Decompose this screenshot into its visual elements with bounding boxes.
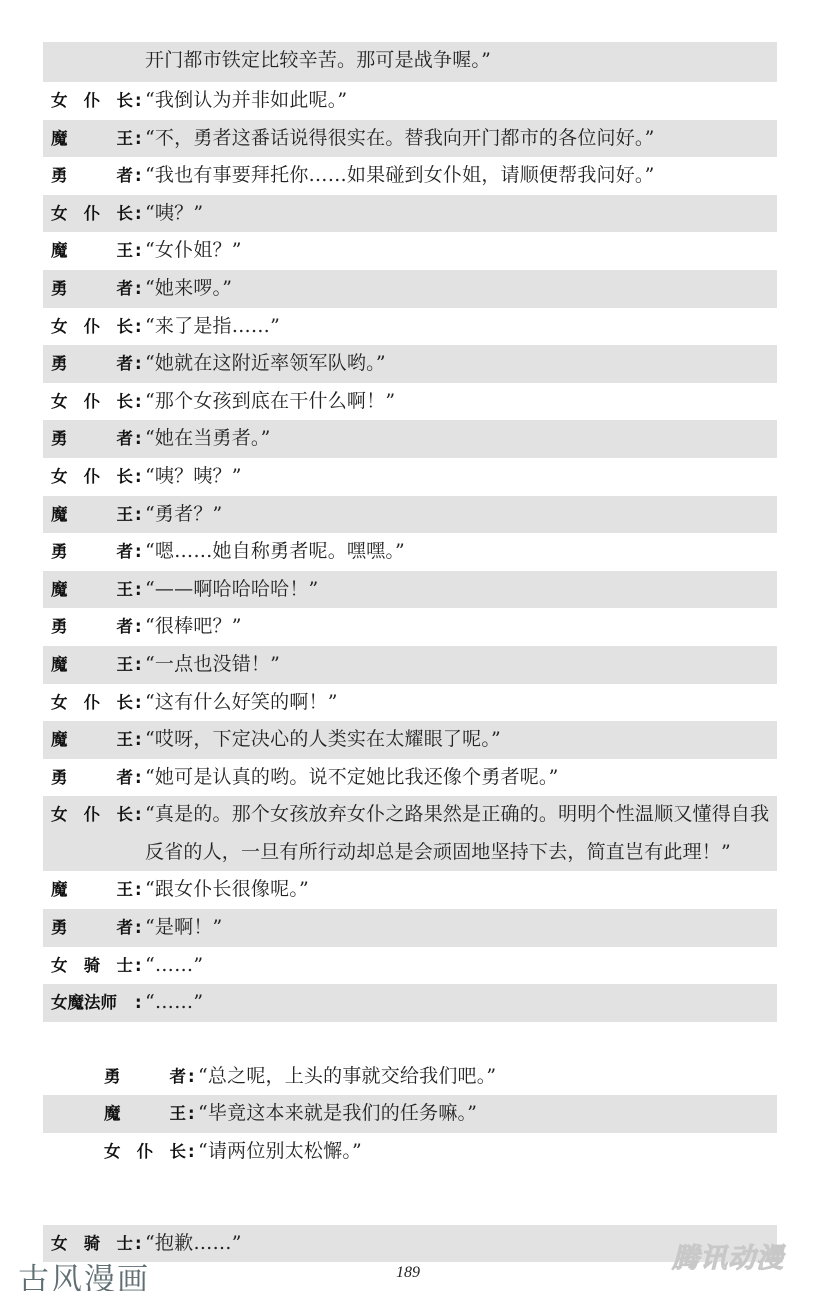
section-gap <box>43 1171 777 1225</box>
speaker-label: 勇者: <box>43 533 145 571</box>
speaker-char: 勇 <box>51 759 68 797</box>
speaker-char: 勇 <box>51 420 68 458</box>
dialogue-line: 女仆长:“真是的。那个女孩放弃女仆之路果然是正确的。明明个性温顺又懂得自我反省的… <box>43 796 777 871</box>
dialogue-text: “嗯……她自称勇者呢。嘿嘿。” <box>145 533 777 571</box>
speaker-char: 仆 <box>84 308 101 346</box>
dialogue-block-3: 女骑士:“抱歉……” <box>43 1225 777 1263</box>
speaker-label: 女仆长: <box>43 195 145 233</box>
speaker-label: 魔王: <box>43 496 145 534</box>
speaker-char: 仆 <box>84 458 101 496</box>
section-gap <box>43 1022 777 1058</box>
speaker-label: 魔王: <box>43 721 145 759</box>
speaker-char: 者 <box>117 533 134 571</box>
speaker-char: 女 <box>51 684 68 722</box>
speaker-char: 骑 <box>84 947 101 985</box>
speaker-char: 仆 <box>84 796 101 834</box>
speaker-colon: : <box>135 308 145 346</box>
speaker-char: 勇 <box>51 345 68 383</box>
speaker-label: 勇者: <box>43 759 145 797</box>
dialogue-line: 勇者:“她在当勇者。” <box>43 420 777 458</box>
dialogue-line: 勇者:“她可是认真的哟。说不定她比我还像个勇者呢。” <box>43 759 777 797</box>
speaker-char: 者 <box>117 759 134 797</box>
dialogue-text: “那个女孩到底在干什么啊！” <box>145 383 777 421</box>
dialogue-line: 魔王:“哎呀，下定决心的人类实在太耀眼了呢。” <box>43 721 777 759</box>
dialogue-text: “勇者？” <box>145 496 777 534</box>
speaker-colon: : <box>135 871 145 909</box>
dialogue-text: “咦？咦？” <box>145 458 777 496</box>
speaker-colon: : <box>135 458 145 496</box>
speaker-label: 勇者: <box>96 1058 198 1096</box>
site-watermark: 古风漫画 <box>18 1254 150 1291</box>
dialogue-block-1: 女仆长:“我倒认为并非如此呢。”魔王:“不，勇者这番话说得很实在。替我向开门都市… <box>43 82 777 1022</box>
corner-watermark-logo: 腾讯动漫 <box>672 1236 800 1272</box>
speaker-colon: : <box>188 1095 198 1133</box>
speaker-label: 勇者: <box>43 909 145 947</box>
dialogue-text: “……” <box>145 984 777 1022</box>
speaker-char: 魔 <box>51 871 68 909</box>
speaker-colon: : <box>135 796 145 834</box>
speaker-char: 女 <box>51 947 68 985</box>
speaker-colon: : <box>135 157 145 195</box>
speaker-label: 女仆长: <box>43 308 145 346</box>
dialogue-text: “——啊哈哈哈哈！” <box>145 571 777 609</box>
dialogue-text: “我也有事要拜托你……如果碰到女仆姐，请顺便帮我问好。” <box>145 157 777 195</box>
speaker-char: 者 <box>117 270 134 308</box>
speaker-char: 女 <box>51 82 68 120</box>
speaker-label: 勇者: <box>43 345 145 383</box>
speaker-colon: : <box>135 608 145 646</box>
speaker-colon: : <box>135 571 145 609</box>
speaker-colon: : <box>188 1058 198 1096</box>
speaker-char: 长 <box>117 82 134 120</box>
speaker-char: 勇 <box>51 270 68 308</box>
speaker-char: 者 <box>117 909 134 947</box>
dialogue-text: “真是的。那个女孩放弃女仆之路果然是正确的。明明个性温顺又懂得自我 <box>145 796 777 834</box>
speaker-label: 魔王: <box>43 871 145 909</box>
dialogue-line: 女仆长:“咦？” <box>43 195 777 233</box>
speaker-label: 魔王: <box>96 1095 198 1133</box>
dialogue-line: 魔王:“——啊哈哈哈哈！” <box>43 571 777 609</box>
speaker-char: 王 <box>170 1095 187 1133</box>
dialogue-line: 女骑士:“……” <box>43 947 777 985</box>
speaker-char: 王 <box>117 646 134 684</box>
speaker-char: 勇 <box>51 909 68 947</box>
speaker-char: 仆 <box>84 195 101 233</box>
speaker-colon: : <box>135 82 145 120</box>
speaker-label: 勇者: <box>43 157 145 195</box>
dialogue-line: 女仆长:“请两位别太松懈。” <box>43 1133 777 1171</box>
dialogue-line: 魔王:“不，勇者这番话说得很实在。替我向开门都市的各位问好。” <box>43 120 777 158</box>
dialogue-text: “总之呢，上头的事就交给我们吧。” <box>198 1058 777 1096</box>
dialogue-page: 开门都市铁定比较辛苦。那可是战争喔。” 女仆长:“我倒认为并非如此呢。”魔王:“… <box>43 42 777 1262</box>
speaker-label: 魔王: <box>43 646 145 684</box>
speaker-char: 士 <box>117 947 134 985</box>
speaker-label: 魔王: <box>43 571 145 609</box>
speaker-label: 女骑士: <box>43 947 145 985</box>
speaker-label: 女仆长: <box>43 796 145 834</box>
dialogue-text: “……” <box>145 947 777 985</box>
dialogue-line: 魔王:“一点也没错！” <box>43 646 777 684</box>
dialogue-line: 女仆长:“来了是指……” <box>43 308 777 346</box>
speaker-label: 勇者: <box>43 420 145 458</box>
speaker-char: 女 <box>51 308 68 346</box>
dialogue-text: “一点也没错！” <box>145 646 777 684</box>
speaker-char: 者 <box>117 345 134 383</box>
speaker-char: 女魔法师 <box>51 984 117 1022</box>
speaker-label: 魔王: <box>43 120 145 158</box>
speaker-char: 魔 <box>51 496 68 534</box>
speaker-colon: : <box>135 646 145 684</box>
dialogue-line: 女魔法师:“……” <box>43 984 777 1022</box>
speaker-colon: : <box>135 533 145 571</box>
dialogue-text: “女仆姐？” <box>145 232 777 270</box>
speaker-char: 者 <box>117 420 134 458</box>
speaker-colon: : <box>135 984 145 1022</box>
dialogue-line: 勇者:“她就在这附近率领军队哟。” <box>43 345 777 383</box>
speaker-char: 长 <box>117 458 134 496</box>
speaker-colon: : <box>135 232 145 270</box>
speaker-char: 魔 <box>104 1095 121 1133</box>
dialogue-text-continued: 反省的人，一旦有所行动却总是会顽固地坚持下去，简直岂有此理！” <box>145 834 777 872</box>
dialogue-text: “她在当勇者。” <box>145 420 777 458</box>
dialogue-continuation: 开门都市铁定比较辛苦。那可是战争喔。” <box>43 42 777 82</box>
dialogue-line: 勇者:“是啊！” <box>43 909 777 947</box>
speaker-char: 长 <box>117 195 134 233</box>
speaker-colon: : <box>135 345 145 383</box>
speaker-colon: : <box>188 1133 198 1171</box>
speaker-char: 者 <box>117 608 134 646</box>
speaker-colon: : <box>135 420 145 458</box>
dialogue-line: 勇者:“我也有事要拜托你……如果碰到女仆姐，请顺便帮我问好。” <box>43 157 777 195</box>
dialogue-text: “这有什么好笑的啊！” <box>145 684 777 722</box>
speaker-char: 仆 <box>84 684 101 722</box>
speaker-char: 女 <box>51 195 68 233</box>
dialogue-text: “不，勇者这番话说得很实在。替我向开门都市的各位问好。” <box>145 120 777 158</box>
speaker-label: 女仆长: <box>43 458 145 496</box>
speaker-label: 勇者: <box>43 608 145 646</box>
speaker-char: 仆 <box>137 1133 154 1171</box>
speaker-colon: : <box>135 947 145 985</box>
dialogue-line: 魔王:“毕竟这本来就是我们的任务嘛。” <box>43 1095 777 1133</box>
speaker-char: 者 <box>170 1058 187 1096</box>
dialogue-text: “她来啰。” <box>145 270 777 308</box>
speaker-char: 魔 <box>51 721 68 759</box>
dialogue-block-2: 勇者:“总之呢，上头的事就交给我们吧。”魔王:“毕竟这本来就是我们的任务嘛。”女… <box>43 1058 777 1171</box>
dialogue-line: 魔王:“勇者？” <box>43 496 777 534</box>
speaker-char: 王 <box>117 232 134 270</box>
speaker-label: 女仆长: <box>43 82 145 120</box>
speaker-char: 者 <box>117 157 134 195</box>
speaker-label: 女仆长: <box>43 684 145 722</box>
dialogue-text: “很棒吧？” <box>145 608 777 646</box>
speaker-label: 女魔法师: <box>43 984 145 1022</box>
dialogue-text: “跟女仆长很像呢。” <box>145 871 777 909</box>
speaker-char: 长 <box>117 684 134 722</box>
speaker-char: 勇 <box>104 1058 121 1096</box>
dialogue-line: 魔王:“女仆姐？” <box>43 232 777 270</box>
dialogue-text: 开门都市铁定比较辛苦。那可是战争喔。” <box>43 42 777 80</box>
dialogue-line: 女仆长:“咦？咦？” <box>43 458 777 496</box>
speaker-colon: : <box>135 120 145 158</box>
speaker-char: 女 <box>104 1133 121 1171</box>
dialogue-text: “她可是认真的哟。说不定她比我还像个勇者呢。” <box>145 759 777 797</box>
speaker-char: 长 <box>170 1133 187 1171</box>
speaker-label: 魔王: <box>43 232 145 270</box>
speaker-char: 魔 <box>51 571 68 609</box>
speaker-colon: : <box>135 496 145 534</box>
dialogue-text: “是啊！” <box>145 909 777 947</box>
speaker-char: 魔 <box>51 646 68 684</box>
speaker-char: 王 <box>117 721 134 759</box>
speaker-char: 勇 <box>51 533 68 571</box>
dialogue-line: 勇者:“嗯……她自称勇者呢。嘿嘿。” <box>43 533 777 571</box>
dialogue-text: “哎呀，下定决心的人类实在太耀眼了呢。” <box>145 721 777 759</box>
dialogue-text: “来了是指……” <box>145 308 777 346</box>
speaker-colon: : <box>135 195 145 233</box>
speaker-colon: : <box>135 270 145 308</box>
dialogue-line: 勇者:“总之呢，上头的事就交给我们吧。” <box>43 1058 777 1096</box>
dialogue-line: 女仆长:“那个女孩到底在干什么啊！” <box>43 383 777 421</box>
speaker-char: 勇 <box>51 157 68 195</box>
speaker-colon: : <box>135 383 145 421</box>
dialogue-line: 勇者:“她来啰。” <box>43 270 777 308</box>
speaker-char: 女 <box>51 796 68 834</box>
speaker-char: 王 <box>117 120 134 158</box>
dialogue-line: 魔王:“跟女仆长很像呢。” <box>43 871 777 909</box>
dialogue-line: 女仆长:“这有什么好笑的啊！” <box>43 684 777 722</box>
speaker-char: 仆 <box>84 82 101 120</box>
speaker-char: 魔 <box>51 232 68 270</box>
dialogue-line: 女仆长:“我倒认为并非如此呢。” <box>43 82 777 120</box>
speaker-char: 长 <box>117 796 134 834</box>
speaker-colon: : <box>135 721 145 759</box>
speaker-char: 王 <box>117 871 134 909</box>
speaker-char: 长 <box>117 308 134 346</box>
dialogue-text: “请两位别太松懈。” <box>198 1133 777 1171</box>
dialogue-line: 勇者:“很棒吧？” <box>43 608 777 646</box>
dialogue-text: “我倒认为并非如此呢。” <box>145 82 777 120</box>
page-number: 189 <box>396 1264 420 1282</box>
speaker-char: 勇 <box>51 608 68 646</box>
speaker-char: 王 <box>117 571 134 609</box>
speaker-colon: : <box>135 684 145 722</box>
dialogue-text: “她就在这附近率领军队哟。” <box>145 345 777 383</box>
speaker-colon: : <box>135 759 145 797</box>
dialogue-text: “毕竟这本来就是我们的任务嘛。” <box>198 1095 777 1133</box>
speaker-char: 女 <box>51 383 68 421</box>
speaker-char: 王 <box>117 496 134 534</box>
dialogue-text: “咦？” <box>145 195 777 233</box>
speaker-label: 女仆长: <box>43 383 145 421</box>
speaker-colon: : <box>135 909 145 947</box>
dialogue-line: 女骑士:“抱歉……” <box>43 1225 777 1263</box>
speaker-char: 女 <box>51 458 68 496</box>
speaker-char: 魔 <box>51 120 68 158</box>
speaker-label: 女仆长: <box>96 1133 198 1171</box>
speaker-char: 仆 <box>84 383 101 421</box>
speaker-label: 勇者: <box>43 270 145 308</box>
speaker-char: 长 <box>117 383 134 421</box>
